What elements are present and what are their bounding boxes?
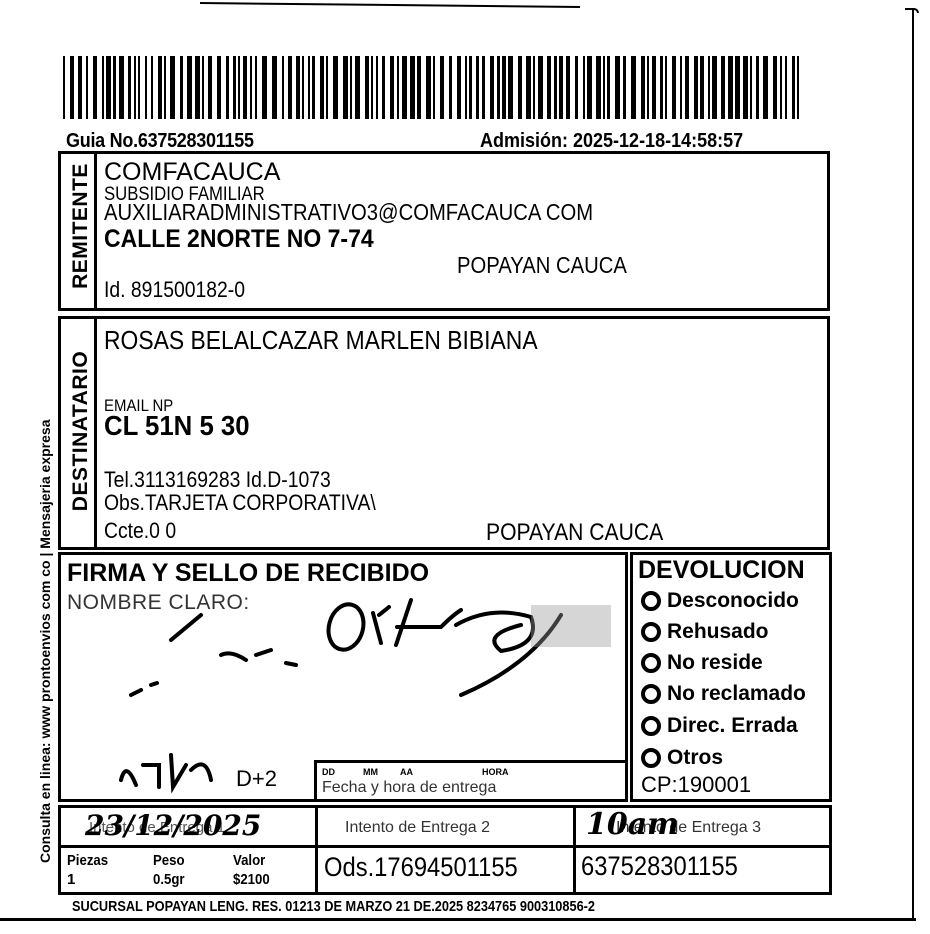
scan-artifact-line (200, 2, 580, 8)
sender-company: COMFACAUCA (104, 160, 280, 185)
intento-3-handwritten: 10am (586, 810, 679, 840)
option-desconocido[interactable]: Desconocido (641, 589, 799, 613)
option-no-reside[interactable]: No reside (641, 651, 763, 675)
piezas-label: Piezas (67, 853, 108, 868)
guia-number: Guia No.637528301155 (66, 130, 254, 153)
barcode (63, 56, 803, 119)
intento-1-cell: Intento de Entrega 1 23/12/2025 (61, 808, 318, 848)
recipient-address: CL 51N 5 30 (104, 412, 250, 440)
intento-1-handwritten: 23/12/2025 (85, 812, 261, 840)
intentos-grid: Intento de Entrega 1 23/12/2025 Intento … (58, 805, 832, 895)
admision-datetime: Admisión: 2025-12-18-14:58:57 (480, 130, 743, 153)
package-details-cell: Piezas 1 Peso 0.5gr Valor $2100 (61, 848, 318, 892)
sender-id: Id. 891500182-0 (104, 279, 245, 301)
footer-text: SUCURSAL POPAYAN LENG. RES. 01213 DE MAR… (72, 898, 595, 915)
fecha-header-hora: HORA (482, 768, 509, 777)
sender-city: POPAYAN CAUCA (457, 254, 627, 277)
divider (94, 319, 97, 547)
side-info-text: Consulta en linea: www prontoenvios com … (37, 443, 53, 863)
recipient-obs: Obs.TARJETA CORPORATIVA\ (104, 492, 376, 514)
valor-label: Valor (233, 853, 265, 868)
radio-circle-icon (641, 622, 661, 642)
recipient-ccte: Ccte.0 0 (104, 520, 176, 542)
recipient-tel-id: Tel.3113169283 Id.D-1073 (104, 469, 331, 491)
fecha-entrega-box: DD MM AA HORA Fecha y hora de entrega (314, 760, 627, 802)
option-rehusado[interactable]: Rehusado (641, 620, 769, 644)
service-type: D+2 (236, 768, 277, 790)
destinatario-section: DESTINATARIO ROSAS BELALCAZAR MARLEN BIB… (58, 316, 830, 550)
option-no-reclamado[interactable]: No reclamado (641, 682, 806, 706)
option-direc-errada[interactable]: Direc. Errada (641, 714, 798, 738)
ods-cell: Ods.17694501155 (318, 848, 576, 892)
ods-number: Ods.17694501155 (324, 854, 518, 881)
page-bottom-edge (0, 918, 916, 921)
peso-value: 0.5gr (153, 872, 185, 887)
recipient-city: POPAYAN CAUCA (486, 521, 663, 545)
codigo-postal: CP:190001 (641, 774, 751, 796)
fecha-header-aa: AA (400, 768, 413, 777)
piezas-value: 1 (67, 872, 75, 887)
radio-circle-icon (641, 684, 661, 704)
intento-2-label: Intento de Entrega 2 (345, 820, 490, 836)
destinatario-label: DESTINATARIO (69, 336, 93, 526)
guia-cell: 637528301155 (576, 848, 829, 892)
sender-email: AUXILIARADMINISTRATIVO3@COMFACAUCA COM (104, 201, 593, 224)
fecha-header-dd: DD (322, 768, 335, 777)
intento-2-cell: Intento de Entrega 2 (318, 808, 576, 848)
radio-circle-icon (641, 748, 661, 768)
firma-section: FIRMA Y SELLO DE RECIBIDO NOMBRE CLARO: … (58, 552, 628, 802)
peso-label: Peso (153, 853, 185, 868)
radio-circle-icon (641, 653, 661, 673)
devolucion-title: DEVOLUCION (638, 558, 805, 583)
sender-address: CALLE 2NORTE NO 7-74 (104, 227, 374, 252)
radio-circle-icon (641, 716, 661, 736)
fecha-header-mm: MM (363, 768, 378, 777)
divider (94, 154, 97, 308)
page-edge (912, 10, 914, 920)
recipient-name: ROSAS BELALCAZAR MARLEN BIBIANA (104, 327, 538, 353)
remitente-label: REMITENTE (69, 151, 93, 301)
guia-bottom-number: 637528301155 (581, 853, 738, 880)
devolucion-section: DEVOLUCION Desconocido Rehusado No resid… (630, 552, 832, 802)
intento-3-cell: Intento de Entrega 3 10am (576, 808, 829, 848)
remitente-section: REMITENTE COMFACAUCA SUBSIDIO FAMILIAR A… (58, 151, 830, 311)
option-otros[interactable]: Otros (641, 746, 723, 770)
radio-circle-icon (641, 591, 661, 611)
valor-value: $2100 (233, 872, 270, 887)
fecha-label: Fecha y hora de entrega (322, 780, 496, 796)
